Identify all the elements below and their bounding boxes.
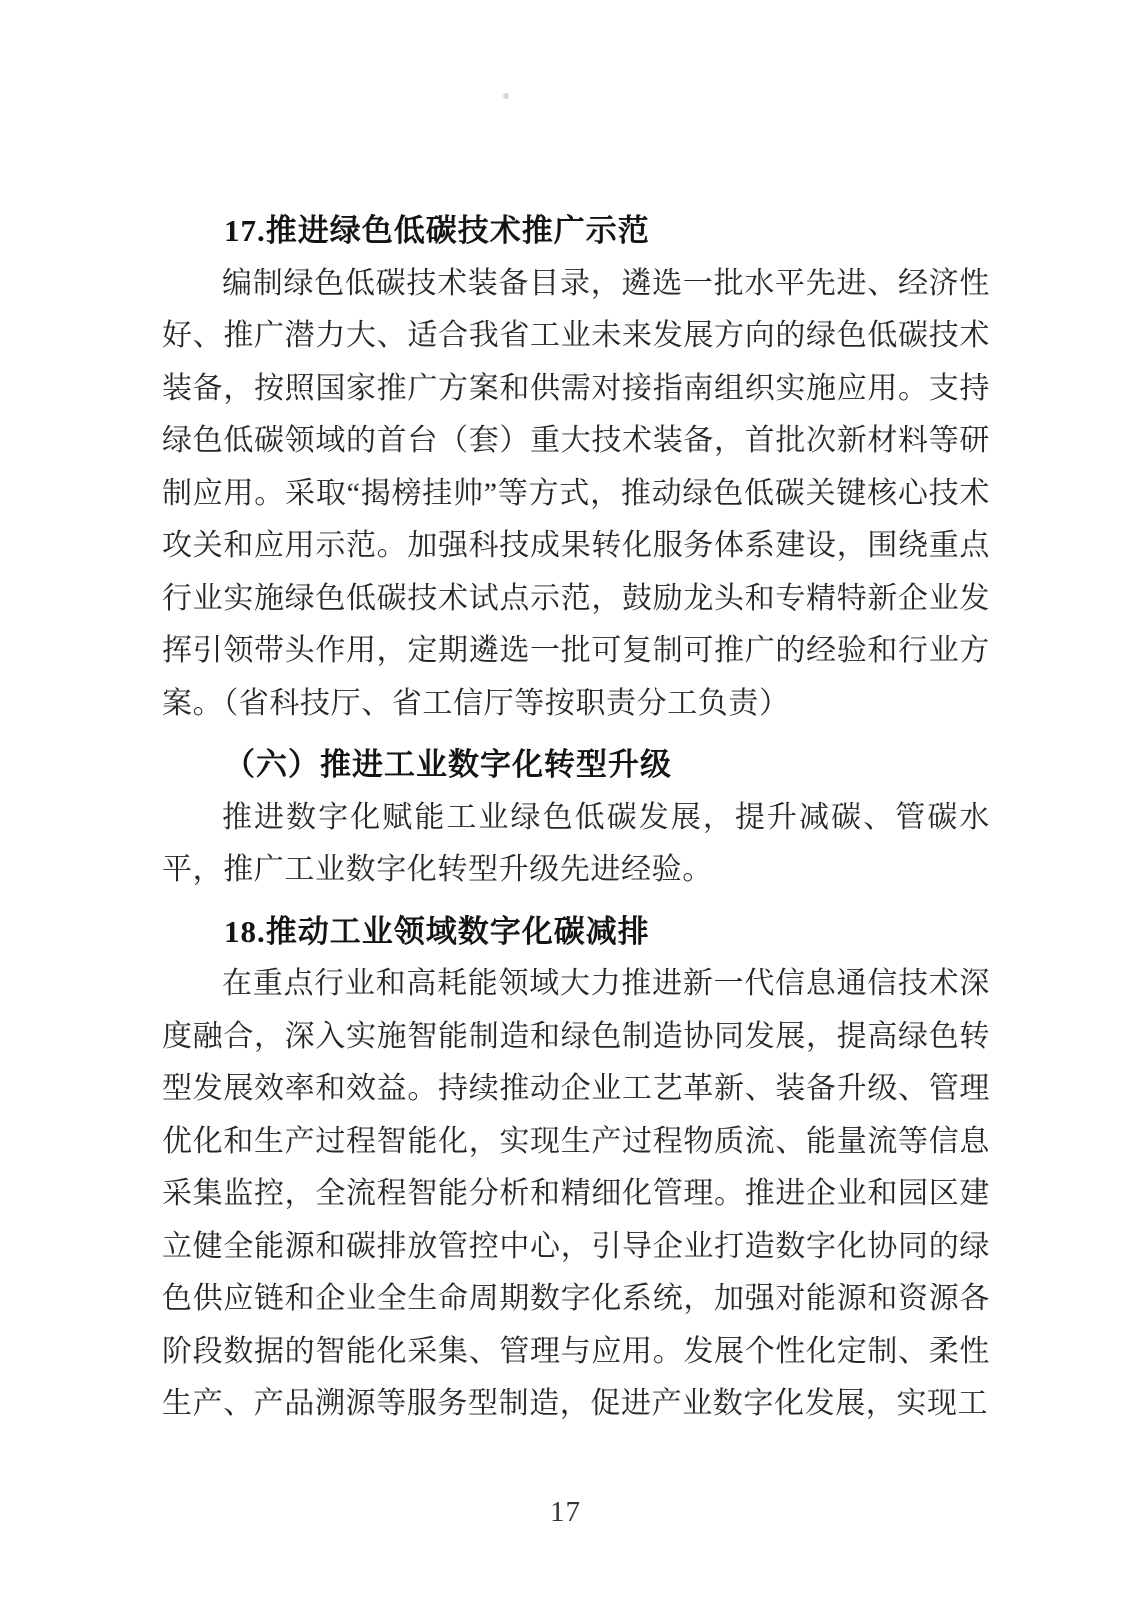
document-page: 17.推进绿色低碳技术推广示范 编制绿色低碳技术装备目录，遴选一批水平先进、经济…	[0, 0, 1131, 1600]
section-18-paragraph: 在重点行业和高耗能领域大力推进新一代信息通信技术深度融合，深入实施智能制造和绿色…	[162, 958, 990, 1431]
page-number: 17	[0, 1496, 1131, 1529]
section-17-paragraph: 编制绿色低碳技术装备目录，遴选一批水平先进、经济性好、推广潜力大、适合我省工业未…	[162, 258, 990, 731]
document-content: 17.推进绿色低碳技术推广示范 编制绿色低碳技术装备目录，遴选一批水平先进、经济…	[162, 205, 990, 1431]
section-heading-six: （六）推进工业数字化转型升级	[162, 739, 990, 792]
section-heading-18: 18.推动工业领域数字化碳减排	[162, 906, 990, 959]
scan-artifact	[503, 93, 509, 99]
section-heading-17: 17.推进绿色低碳技术推广示范	[162, 205, 990, 258]
section-six-paragraph: 推进数字化赋能工业绿色低碳发展，提升减碳、管碳水平，推广工业数字化转型升级先进经…	[162, 792, 990, 897]
